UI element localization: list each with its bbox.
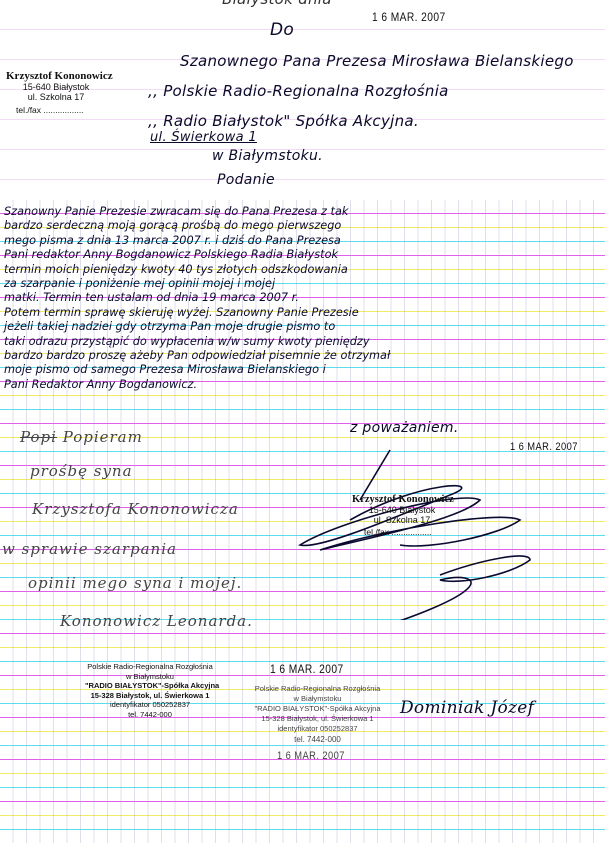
sender-name: Krzysztof Kononowicz bbox=[6, 70, 106, 82]
radio-stamp-right-line-4: 15-328 Białystok, ul. Świerkowa 1 bbox=[250, 714, 385, 724]
body-line: bardzo serdeczną moją gorącą prośbą do m… bbox=[4, 219, 604, 233]
pencil-note-line-6: Kononowicz Leonarda. bbox=[60, 612, 253, 630]
radio-stamp-right: Polskie Radio-Regionalna Rozgłośnia w Bi… bbox=[250, 684, 385, 745]
pencil-note-line-4: w sprawie szarpania bbox=[2, 540, 177, 558]
signature-stamp-postal-city: 15-640 Białystok bbox=[352, 505, 452, 515]
scanned-letter: Białystok dnia Do 1 6 MAR. 2007 Krzyszto… bbox=[0, 0, 605, 843]
struck-word: Popi bbox=[20, 428, 57, 446]
radio-stamp-left-line-4: 15-328 Białystok, ul. Świerkowa 1 bbox=[85, 691, 215, 701]
signature-stamp-phone: tel./fax ................. bbox=[364, 525, 464, 539]
pencil-line-text: Popieram bbox=[63, 428, 143, 446]
sender-phone: tel./fax ................. bbox=[16, 102, 116, 118]
radio-stamp-right-line-1: Polskie Radio-Regionalna Rozgłośnia bbox=[250, 684, 385, 694]
body-line: jeżeli takiej nadziei gdy otrzyma Pan mo… bbox=[4, 320, 604, 334]
pencil-note-line-3: Krzysztofa Kononowicza bbox=[32, 500, 239, 518]
radio-stamp-left-line-2: w Białymstoku bbox=[85, 672, 215, 682]
body-line: Pani Redaktor Anny Bogdanowicz. bbox=[4, 378, 604, 392]
radio-stamp-left-line-6: tel. 7442-000 bbox=[85, 710, 215, 720]
recipient-line-2: ,, Polskie Radio-Regionalna Rozgłośnia bbox=[148, 82, 449, 100]
radio-stamp-left-line-5: identyfikator 050252837 bbox=[85, 700, 215, 710]
body-line: bardzo bardzo proszę ażeby Pan odpowiedz… bbox=[4, 349, 604, 363]
to-label: Do bbox=[270, 20, 294, 40]
bottom-date-stamp-lower: 1 6 MAR. 2007 bbox=[277, 750, 345, 762]
sender-postal-city: 15-640 Białystok bbox=[6, 82, 106, 92]
recipient-line-5: w Białymstoku. bbox=[212, 148, 323, 164]
recipient-line-1: Szanownego Pana Prezesa Mirosława Bielan… bbox=[180, 52, 574, 70]
radio-stamp-right-line-6: tel. 7442-000 bbox=[250, 734, 385, 745]
bottom-date-stamp-upper: 1 6 MAR. 2007 bbox=[270, 662, 344, 676]
radio-stamp-left-line-1: Polskie Radio-Regionalna Rozgłośnia bbox=[85, 662, 215, 672]
place-date-partial: Białystok dnia bbox=[222, 0, 332, 8]
signature-stamp: Krzysztof Kononowicz 15-640 Białystok ul… bbox=[352, 494, 452, 539]
recipient-line-3: ,, Radio Białystok" Spółka Akcyjna. bbox=[148, 112, 419, 130]
sender-street: ul. Szkolna 17 bbox=[6, 92, 106, 102]
body-line: matki. Termin ten ustalam od dnia 19 mar… bbox=[4, 291, 604, 305]
body-line: Potem termin sprawę skieruję wyżej. Szan… bbox=[4, 306, 604, 320]
pencil-note-line-1: Popi Popieram bbox=[20, 428, 143, 446]
receiver-signature: Dominiak Józef bbox=[400, 698, 534, 718]
pencil-note-line-2: prośbę syna bbox=[30, 462, 133, 480]
closing-regards: z poważaniem. bbox=[350, 420, 459, 436]
signature-stamp-name: Krzysztof Kononowicz bbox=[352, 494, 452, 505]
signature-stamp-street: ul. Szkolna 17 bbox=[352, 515, 452, 525]
radio-stamp-right-line-2: w Białymstoku bbox=[250, 694, 385, 704]
body-line: Szanowny Panie Prezesie zwracam się do P… bbox=[4, 205, 604, 219]
radio-stamp-left: Polskie Radio-Regionalna Rozgłośnia w Bi… bbox=[85, 662, 215, 719]
body-line: taki odrazu przystąpić do wypłacenia w/w… bbox=[4, 335, 604, 349]
body-line: moje pismo od samego Prezesa Mirosława B… bbox=[4, 363, 604, 377]
radio-stamp-right-line-5: identyfikator 050252837 bbox=[250, 724, 385, 734]
body-line: za szarpanie i poniżenie mej opinii moje… bbox=[4, 277, 604, 291]
radio-stamp-right-line-3: "RADIO BIAŁYSTOK"-Spółka Akcyjna bbox=[250, 704, 385, 714]
body-line: Pani redaktor Anny Bogdanowicz Polskiego… bbox=[4, 248, 604, 262]
sender-stamp: Krzysztof Kononowicz 15-640 Białystok ul… bbox=[6, 70, 106, 118]
recipient-line-4: ul. Świerkowa 1 bbox=[150, 130, 257, 145]
salutation-word: Podanie bbox=[217, 172, 275, 188]
letter-body: Szanowny Panie Prezesie zwracam się do P… bbox=[4, 205, 604, 392]
pencil-note-line-5: opinii mego syna i mojej. bbox=[28, 574, 242, 592]
radio-stamp-left-line-3: "RADIO BIAŁYSTOK"-Spółka Akcyjna bbox=[85, 681, 215, 691]
body-line: termin moich pieniędzy kwoty 40 tys złot… bbox=[4, 263, 604, 277]
body-line: mego pisma z dnia 13 marca 2007 r. i dzi… bbox=[4, 234, 604, 248]
received-date-stamp: 1 6 MAR. 2007 bbox=[372, 10, 446, 24]
